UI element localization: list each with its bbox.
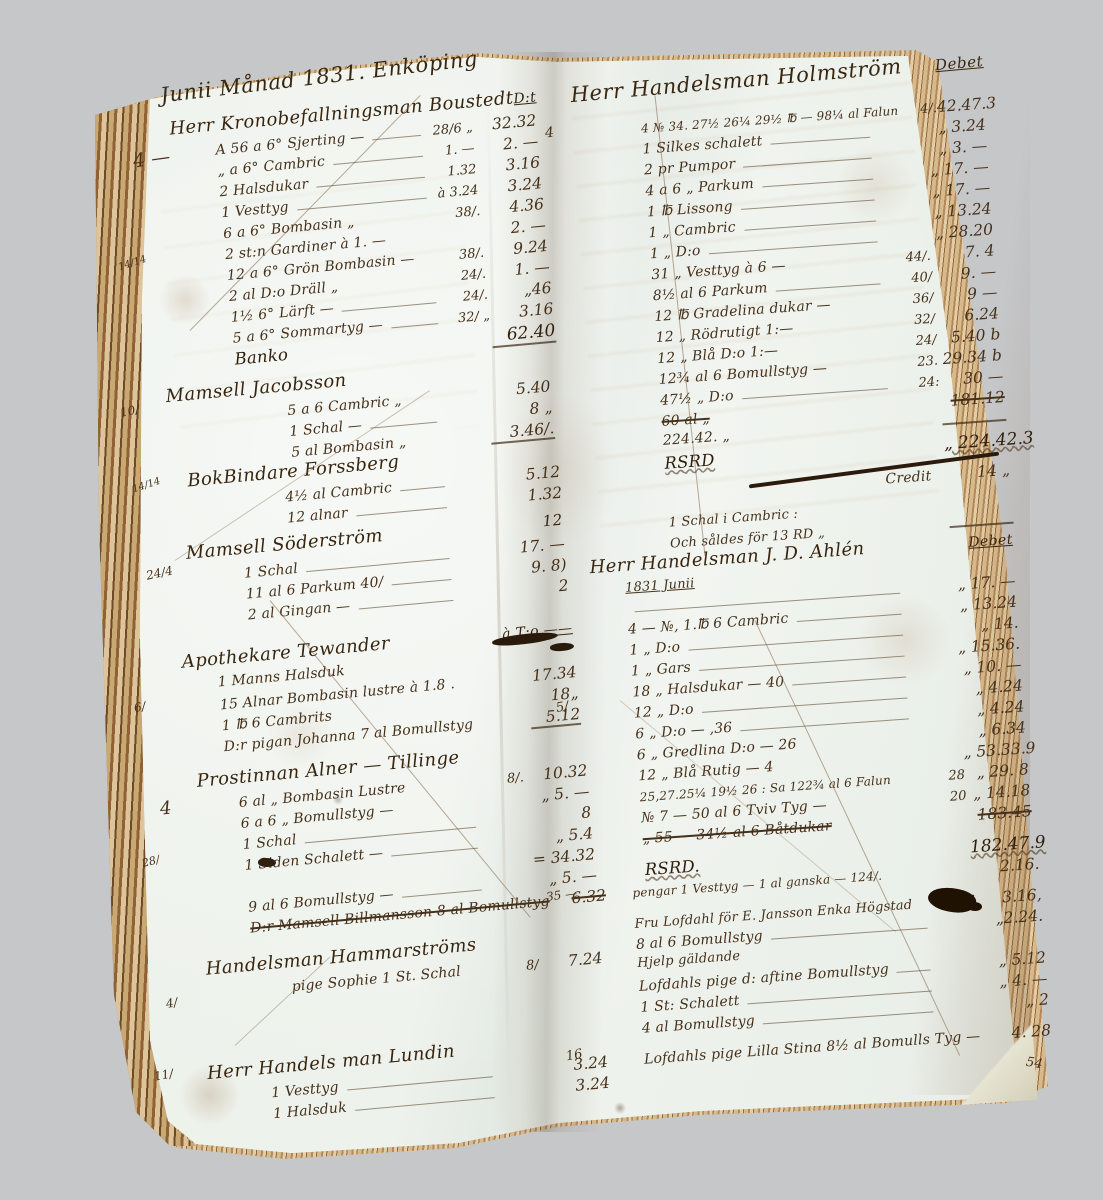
ledger-row-amount: „ 3. — — [923, 137, 988, 159]
ledger-row-price — [914, 695, 960, 698]
ledger-row-price — [878, 155, 924, 158]
ledger-row-amount: 4. 28 — [1011, 1021, 1052, 1042]
ledger-row-amount: „ 17. — — [951, 572, 1016, 594]
ledger-row-price — [482, 823, 528, 827]
ledger-row-price: 24: — [893, 374, 940, 392]
ledger-row-amount: „ 29. 8 — [964, 760, 1029, 782]
ledger-rule-line — [988, 1038, 996, 1040]
ledger-rule-line — [423, 260, 433, 262]
ledger-rule-line — [363, 219, 429, 226]
ledger-row-price: 24/. — [441, 288, 488, 307]
ledger-row-text: 12 alnar — [287, 505, 349, 526]
ledger-row-amount: „ 13.24 — [953, 593, 1018, 615]
ledger-row-amount: 9 — — [933, 283, 998, 305]
ledger-row-amount: „2.24. — [979, 907, 1044, 929]
ledger-row-price — [456, 554, 502, 558]
ledger-row-price — [932, 477, 978, 480]
ledger-row-amount: „ 14.18 — [966, 781, 1031, 803]
ledger-row-text: 1 Vesttyg — [221, 199, 290, 221]
account-section-boustedt: Herr Kronobefallningsman BoustedtD:t A 5… — [169, 86, 557, 376]
ledger-row-price — [441, 397, 487, 401]
ledger-row-price — [915, 716, 961, 719]
ledger-row-amount: 5.40 b — [936, 325, 1001, 347]
ledger-row-price — [501, 1093, 547, 1097]
ledger-row-amount: 2.16. — [975, 855, 1040, 877]
ledger-rule-line — [786, 346, 885, 354]
ledger-row-price: 20 — [920, 789, 967, 807]
ledger-photograph: Junii Månad 1831. Enköping Herr Kronobef… — [0, 0, 1103, 1200]
ledger-row-text: 1 „ Cambric — [648, 219, 736, 241]
ledger-row-price: 4/. — [920, 101, 938, 117]
ledger-rule-line — [391, 322, 438, 328]
ledger-row-price: 32/ „ — [443, 308, 490, 327]
ledger-rule-line — [738, 428, 891, 440]
ledger-row-price — [451, 482, 497, 486]
ink-blot — [258, 858, 276, 867]
ledger-rule-line — [776, 282, 881, 291]
margin-mark: 5/ — [555, 699, 570, 716]
ledger-row-price — [898, 449, 944, 452]
ledger-row-price: 38/. — [434, 204, 481, 223]
ledger-row-amount: „ 224.42.3 — [943, 430, 1008, 454]
ledger-row-price — [879, 176, 925, 179]
ledger-row-price — [884, 239, 930, 242]
ledger-row-amount: 9. — — [931, 262, 996, 284]
ledger-row-amount: „ 14. — [954, 614, 1019, 636]
ledger-row-text: 1 ℔ Lissong — [646, 198, 733, 220]
right-page: Herr Handelsman Holmström Debet 4 № 34. … — [562, 28, 1066, 1135]
ledger-row-amount: „ 2 — [984, 990, 1049, 1012]
ledger-row-amount: „ 3.24 — [921, 116, 986, 138]
ledger-row-price — [925, 852, 971, 855]
margin-mark: 4 — [544, 125, 555, 142]
ledger-row-price: 24/ — [890, 333, 937, 351]
ledger-rule-line — [839, 304, 882, 308]
margin-mark: 6/ — [133, 699, 147, 715]
ledger-row-amount: „ 4.24 — [960, 697, 1025, 719]
account-section-lundin: Herr Handels man Lundin 1 Vesttyg 3.24 1… — [206, 1027, 611, 1131]
page-corner-number: 54 — [1025, 1055, 1044, 1072]
ledger-row-amount: 183.45 — [967, 802, 1032, 824]
ledger-row-price — [895, 406, 941, 409]
ledger-row-amount — [511, 654, 575, 660]
ledger-row-amount: 6.24 — [934, 304, 999, 326]
ledger-row-amount: „ 15.36. — [955, 635, 1020, 657]
ledger-rule-line — [358, 599, 453, 610]
ledger-row-price — [935, 943, 981, 946]
ledger-row-text: 1 Halsduk — [273, 1100, 348, 1123]
ledger-row-price — [488, 886, 534, 890]
ledger-rule-line — [356, 506, 447, 516]
ledger-row-amount: „ 10. — — [957, 655, 1022, 677]
ledger-rule-line — [402, 888, 482, 897]
ledger-row-text: 47½ „ D:o — [660, 388, 735, 409]
ledger-row-price — [445, 439, 491, 443]
ledger-row-text: Banko — [234, 345, 289, 369]
ledger-row-amount: 14 „ — [977, 461, 1011, 481]
ledger-rule-line — [392, 578, 452, 585]
ledger-rule-line — [835, 802, 915, 809]
ledger-row-price — [458, 575, 504, 579]
account-section-prostinnan: Prostinnan Alner — Tillinge 6 al „ Bomba… — [196, 736, 600, 944]
ledger-row-text: 1 „ Gars — [630, 660, 691, 680]
ledger-rule-line — [920, 907, 928, 909]
ledger-row-amount: 182.47.9 — [969, 833, 1034, 857]
ledger-row-price — [882, 218, 928, 221]
ledger-row-price: 1.32 — [430, 162, 477, 181]
ledger-row-price — [908, 611, 954, 614]
ledger-row-price — [909, 632, 955, 635]
ledger-row-amount: „ 17. — — [926, 178, 991, 200]
ledger-rule-line — [835, 367, 886, 372]
ledger-row-price — [480, 802, 526, 806]
ledger-rule-line — [394, 239, 430, 243]
ledger-row-amount: „ 53.33.9 — [963, 739, 1028, 761]
ledger-row-price — [902, 507, 948, 510]
ledger-rule-line — [355, 1096, 495, 1111]
ledger-row-price — [934, 925, 980, 928]
ledger-row-price: 23. — [892, 354, 939, 372]
ledger-row-amount — [948, 503, 1012, 507]
ledger-row-price — [469, 704, 515, 708]
ledger-row-amount: 42.47.3 — [936, 94, 996, 116]
ledger-rule-line — [890, 876, 924, 879]
ledger-row-amount: 181.12 — [940, 388, 1005, 410]
ledger-row-text: 1 „ D:o — [649, 243, 701, 263]
ledger-row-text: Credit — [885, 468, 932, 487]
ledger-rule-line — [346, 281, 434, 290]
ledger-rule-line — [333, 155, 423, 165]
margin-mark: 4/ — [165, 995, 179, 1011]
ledger-rule-line — [762, 178, 873, 188]
ledger-row-price — [916, 737, 962, 740]
ledger-row-amount: „ 4.24 — [958, 676, 1023, 698]
ledger-rule-line — [792, 676, 906, 686]
ledger-row-price — [918, 758, 964, 761]
ledger-row-price — [499, 1073, 545, 1077]
ledger-row-price — [484, 844, 530, 848]
ledger-row-price: 38/. — [438, 246, 485, 265]
ledger-row-price: 32/ — [889, 312, 936, 330]
ledger-row-price — [486, 865, 532, 869]
margin-mark: 16 — [565, 1047, 584, 1065]
ledger-row-price: 8/ — [492, 958, 539, 977]
ledger-rule-line — [400, 485, 445, 491]
ledger-rule-line — [797, 613, 902, 622]
ledger-row-price: 24/. — [439, 267, 486, 286]
ledger-row-price — [459, 596, 505, 600]
ledger-row-text: 1 Schal — [243, 561, 298, 582]
ledger-row-text: 1 Schal i Cambric : — [668, 507, 798, 531]
ledger-rule-line — [771, 136, 871, 145]
margin-mark: 4 — [159, 797, 173, 819]
ledger-row-price — [911, 653, 957, 656]
ledger-rule-line — [899, 781, 913, 783]
ledger-rule-line — [296, 345, 440, 359]
account-heading-amount: 12 — [498, 511, 563, 535]
ledger-row-price — [930, 873, 976, 876]
ledger-row-price — [897, 425, 943, 428]
ledger-rule-line — [805, 739, 911, 747]
ledger-row-price: 44/. — [884, 249, 931, 267]
ledger-row-amount — [942, 419, 1006, 425]
ledger-rule-line — [481, 726, 489, 728]
ledger-row-text: RSRD — [664, 450, 715, 472]
ledger-row-price — [443, 418, 489, 422]
ledger-rule-line — [723, 452, 892, 465]
ledger-rule-line — [414, 443, 439, 446]
ledger-row-amount: 62.40 — [491, 321, 557, 349]
ledger-row-text: 1 Vesttyg — [271, 1079, 340, 1101]
ledger-row-amount: „ 6.34 — [961, 718, 1026, 740]
ledger-row-text: RSRD. — [644, 856, 700, 879]
ledger-rule-line — [802, 325, 884, 332]
ledger-row-amount — [981, 938, 1045, 942]
debet-label: Debet — [934, 52, 984, 74]
ledger-row-text: 1 „ D:o — [629, 639, 681, 659]
ledger-rule-line — [806, 510, 896, 517]
ledger-row-amount: „ 13.24 — [927, 199, 992, 221]
ledger-row-price — [876, 134, 922, 137]
ledger-row-price — [446, 341, 492, 345]
ledger-row-price — [904, 528, 950, 531]
ledger-row-price: 36/ — [887, 291, 934, 309]
ledger-rule-line — [558, 903, 566, 905]
ledger-row-amount: „ 5.12 — [981, 948, 1046, 970]
ledger-row-price — [1002, 1038, 1012, 1039]
ledger-row-amount: 29.34 b — [937, 346, 1002, 368]
ledger-row-amount: „ 4. — — [983, 969, 1048, 991]
ledger-rule-line — [342, 301, 436, 312]
ledger-row-price: 28 — [919, 768, 966, 786]
ledger-rule-line — [906, 113, 914, 115]
ledger-row-text: 224.42. „ — [662, 428, 730, 449]
ledger-row-price — [939, 1009, 985, 1012]
ledger-row-price: 28/6 „ — [426, 120, 473, 139]
ledger-rule-line — [763, 1010, 933, 1024]
ledger-row-price — [465, 660, 511, 664]
ledger-row-amount: 3.16, — [978, 886, 1042, 908]
account-name-holmstrom: Herr Handelsman Holmström — [570, 54, 903, 107]
ledger-row-price — [938, 988, 984, 991]
ink-blot — [968, 902, 982, 911]
ledger-row-price: à 3.24 — [432, 183, 479, 202]
account-section-lofdahl: pengar 1 Vesttyg — 1 al ganska — 124/. 2… — [606, 855, 1052, 1073]
ledger-rule-line — [463, 686, 471, 688]
ledger-row-price — [922, 821, 968, 824]
account-section-ahlen: Herr Handelsman J. D. AhlénDebet1831 Jun… — [589, 528, 1035, 884]
ledger-rule-line — [391, 847, 478, 857]
ledger-row-amount: 17.34 — [518, 663, 578, 686]
ledger-row-price: 40/ — [886, 270, 933, 288]
ledger-row-amount: „ 17. — — [924, 158, 989, 180]
ledger-rule-line — [897, 969, 931, 973]
ledger-rule-line — [469, 972, 487, 975]
ledger-row-price — [477, 682, 519, 686]
debet-label: D:t — [513, 89, 537, 107]
ledger-row-price — [912, 674, 958, 677]
ledger-row-amount — [950, 522, 1014, 528]
ledger-row-amount: „ 28.20 — [929, 220, 994, 242]
ledger-row-price — [937, 967, 983, 970]
ledger-rule-line — [353, 664, 459, 675]
ledger-rule-line — [794, 262, 879, 269]
ledger-row-price: 1. — — [428, 141, 475, 160]
ledger-row-price: 8/. — [477, 770, 524, 789]
ledger-row-price — [453, 503, 499, 507]
ledger-rule-line — [748, 946, 928, 960]
ledger-row-text: 60 al „ — [661, 411, 710, 430]
ledger-row-price — [495, 723, 531, 726]
ledger-row-price — [437, 236, 483, 240]
ledger-row-price — [906, 590, 952, 593]
ledger-row-text: 1 Schal — [242, 832, 297, 853]
ledger-row-price — [881, 197, 927, 200]
account-section-holmstrom: 4 № 34. 27½ 26¼ 29½ ℔ — 98¼ al Falun 4/.… — [603, 95, 1015, 561]
debet-label: Debet — [968, 532, 1013, 551]
ledger-row-amount: 30 — — [939, 367, 1004, 389]
ledger-row-amount: 7. 4 — [930, 241, 995, 263]
